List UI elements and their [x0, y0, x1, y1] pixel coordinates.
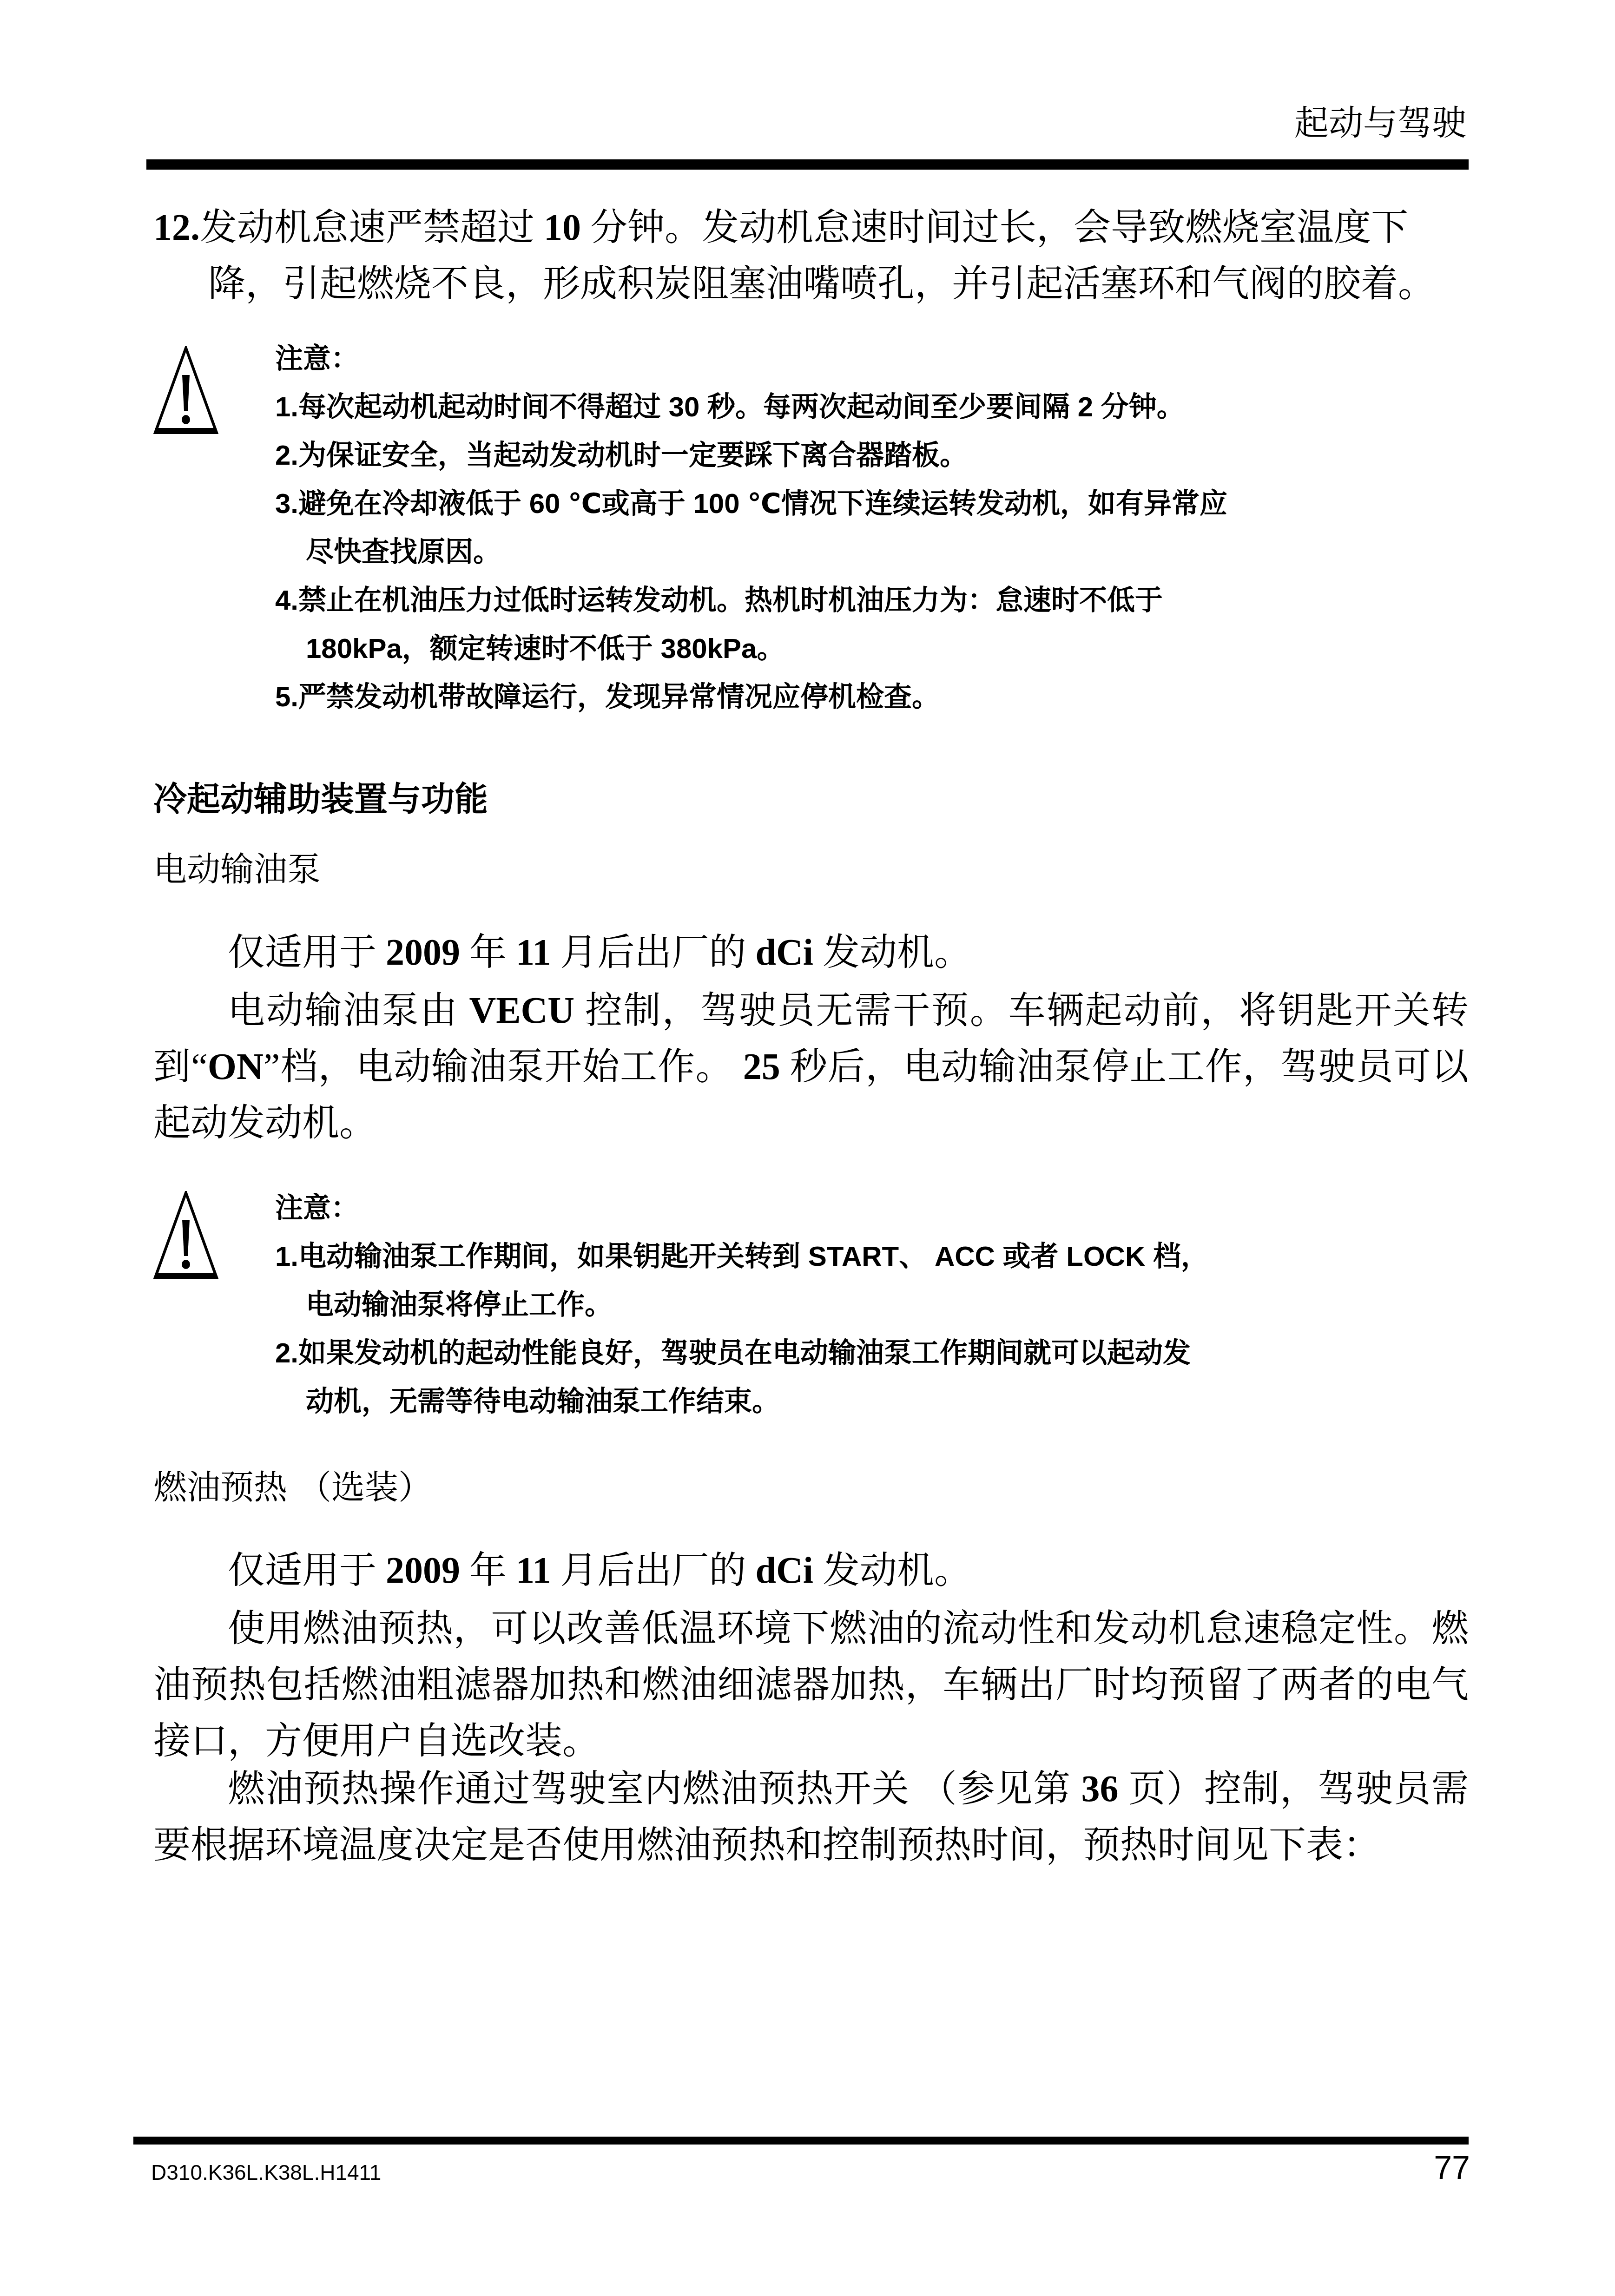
caution-item-1-cont: 电动输油泵将停止工作。 — [275, 1281, 1469, 1329]
item-12-paragraph: 12.发动机怠速严禁超过 10 分钟。发动机怠速时间过长，会导致燃烧室温度下 降… — [153, 200, 1469, 312]
fuel-preheat-applicability: 仅适用于 2009 年 11 月后出厂的 dCi 发动机。 — [153, 1543, 1469, 1599]
footer-rule — [133, 2137, 1469, 2145]
text: 电动输油泵由 — [228, 990, 469, 1031]
text: 年 — [460, 1550, 516, 1591]
page-number: 77 — [1434, 2149, 1470, 2186]
caution-item-2-cont: 动机，无需等待电动输油泵工作结束。 — [275, 1377, 1469, 1426]
text: ”档，电动输油泵开始工作。 — [264, 1046, 743, 1087]
caution-item-3: 3.避免在冷却液低于 60 ℃或高于 100 ℃情况下连续运转发动机，如有异常应 — [275, 480, 1469, 528]
caution-item-1: 1.电动输油泵工作期间，如果钥匙开关转到 START、 ACC 或者 LOCK … — [275, 1232, 1469, 1281]
subheading-fuel-preheat: 燃油预热 （选装） — [153, 1464, 432, 1510]
on-position: ON — [208, 1046, 264, 1087]
item-12-text-b: 分钟。发动机怠速时间过长，会导致燃烧室温度下 — [581, 207, 1408, 248]
page-reference: 36 — [1081, 1769, 1118, 1809]
item-12-text-a: 发动机怠速严禁超过 — [200, 207, 544, 248]
warning-triangle-icon — [153, 346, 218, 434]
section-heading: 冷起动辅助装置与功能 — [153, 776, 488, 822]
caution-2-text: 注意： 1.电动输油泵工作期间，如果钥匙开关转到 START、 ACC 或者 L… — [275, 1184, 1469, 1426]
subheading-electric-pump: 电动输油泵 — [153, 846, 321, 892]
header-rule — [146, 159, 1469, 170]
caution-item-3-cont: 尽快查找原因。 — [275, 528, 1469, 576]
caution-title: 注意： — [275, 1184, 1469, 1232]
item-12-line-1: 12.发动机怠速严禁超过 10 分钟。发动机怠速时间过长，会导致燃烧室温度下 — [153, 207, 1408, 248]
engine-name: dCi — [756, 932, 814, 973]
text: 发动机。 — [813, 1550, 971, 1591]
caution-item-4-cont: 180kPa，额定转速时不低于 380kPa。 — [275, 625, 1469, 673]
year: 2009 — [386, 1550, 460, 1591]
caution-item-2: 2.为保证安全，当起动发动机时一定要踩下离合器踏板。 — [275, 431, 1469, 480]
engine-name: dCi — [756, 1550, 814, 1591]
caution-item-2: 2.如果发动机的起动性能良好，驾驶员在电动输油泵工作期间就可以起动发 — [275, 1329, 1469, 1377]
warning-triangle-icon — [153, 1191, 218, 1279]
text: 燃油预热操作通过驾驶室内燃油预热开关 （参见第 — [228, 1769, 1081, 1809]
manual-page: 起动与驾驶 12.发动机怠速严禁超过 10 分钟。发动机怠速时间过长，会导致燃烧… — [0, 0, 1615, 2296]
fuel-preheat-description: 使用燃油预热，可以改善低温环境下燃油的流动性和发动机怠速稳定性。燃油预热包括燃油… — [153, 1601, 1469, 1770]
text: 年 — [460, 932, 516, 973]
vecu-label: VECU — [469, 990, 574, 1031]
text: 仅适用于 — [228, 932, 386, 973]
year: 2009 — [386, 932, 460, 973]
document-code: D310.K36L.K38L.H1411 — [151, 2156, 381, 2189]
item-12-minutes: 10 — [544, 207, 581, 248]
electric-pump-description: 电动输油泵由 VECU 控制，驾驶员无需干预。车辆起动前，将钥匙开关转到“ON”… — [153, 983, 1469, 1151]
month: 11 — [516, 932, 551, 973]
caution-item-1: 1.每次起动机起动时间不得超过 30 秒。每两次起动间至少要间隔 2 分钟。 — [275, 383, 1469, 431]
text: 月后出厂的 — [551, 1550, 756, 1591]
caution-title: 注意： — [275, 335, 1469, 383]
text: 仅适用于 — [228, 1550, 386, 1591]
month: 11 — [516, 1550, 551, 1591]
seconds: 25 — [743, 1046, 780, 1087]
text: 月后出厂的 — [551, 932, 756, 973]
fuel-preheat-operation: 燃油预热操作通过驾驶室内燃油预热开关 （参见第 36 页）控制，驾驶员需要根据环… — [153, 1761, 1469, 1874]
item-number: 12. — [153, 207, 200, 248]
caution-1-text: 注意： 1.每次起动机起动时间不得超过 30 秒。每两次起动间至少要间隔 2 分… — [275, 335, 1469, 721]
text: 发动机。 — [813, 932, 971, 973]
running-header-title: 起动与驾驶 — [1294, 100, 1466, 146]
caution-item-4: 4.禁止在机油压力过低时运转发动机。热机时机油压力为：怠速时不低于 — [275, 576, 1469, 625]
caution-item-5: 5.严禁发动机带故障运行，发现异常情况应停机检查。 — [275, 673, 1469, 721]
electric-pump-applicability: 仅适用于 2009 年 11 月后出厂的 dCi 发动机。 — [153, 925, 1469, 981]
item-12-line-2: 降，引起燃烧不良，形成积炭阻塞油嘴喷孔，并引起活塞环和气阀的胶着。 — [153, 256, 1469, 312]
